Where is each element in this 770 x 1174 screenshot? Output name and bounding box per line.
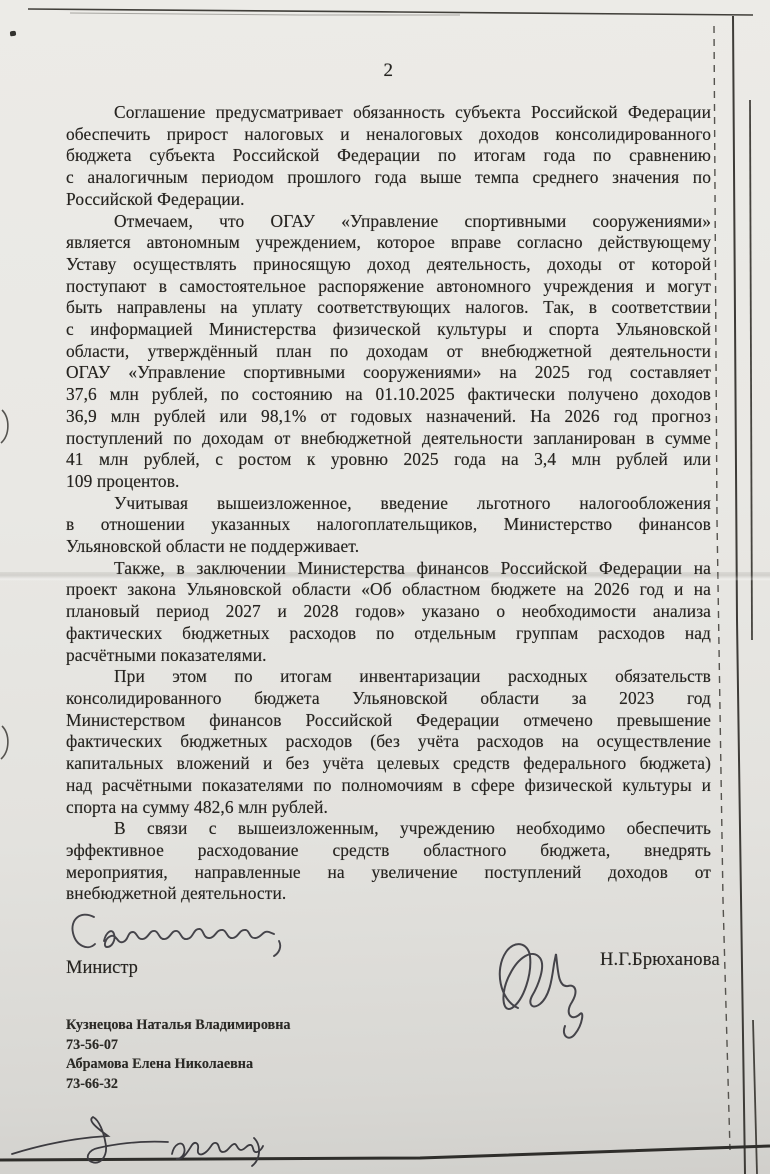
text-line: эффективное расходование средств областн… bbox=[66, 840, 711, 862]
text-line: Ульяновской области не поддерживает. bbox=[66, 536, 711, 558]
text-line: ОГАУ «Управление спортивными сооружениям… bbox=[66, 362, 711, 384]
text-line: При этом по итогам инвентаризации расход… bbox=[66, 666, 711, 688]
bottom-note-flourish-stroke bbox=[12, 1117, 168, 1163]
text-line: Отмечаем, что ОГАУ «Управление спортивны… bbox=[66, 211, 711, 233]
text-line: с информацией Министерства физической ку… bbox=[66, 319, 711, 341]
text-line: консолидированного бюджета Ульяновской о… bbox=[66, 688, 711, 710]
contact-line: Кузнецова Наталья Владимировна bbox=[66, 1016, 291, 1036]
text-line: В связи с вышеизложенным, учреждению нео… bbox=[66, 818, 711, 840]
signer-name: Н.Г.Брюханова bbox=[600, 950, 720, 971]
paragraph-6: В связи с вышеизложенным, учреждению нео… bbox=[66, 818, 711, 905]
text-line: плановый период 2027 и 2028 годов» указа… bbox=[66, 601, 711, 623]
paragraph-4: Также, в заключении Министерства финансо… bbox=[66, 558, 711, 667]
text-line: проект закона Ульяновской области «Об об… bbox=[66, 579, 711, 601]
page-top-edge-echo-line bbox=[70, 13, 460, 15]
background-top-strip bbox=[0, 0, 770, 11]
contact-line: 73-56-07 bbox=[66, 1036, 291, 1056]
text-line: с аналогичным периодом прошлого года выш… bbox=[66, 167, 711, 189]
text-line: Соглашение предусматривает обязанность с… bbox=[66, 102, 711, 124]
second-sheet-edge-line-lower bbox=[753, 1020, 757, 1174]
text-line: поступлений по доходам от внебюджетной д… bbox=[66, 428, 711, 450]
text-line: является автономным учреждением, которое… bbox=[66, 232, 711, 254]
text-line: обеспечить прирост налоговых и неналогов… bbox=[66, 124, 711, 146]
text-line: Уставу осуществлять приносящую доход дея… bbox=[66, 254, 711, 276]
minister-title: Министр bbox=[66, 958, 138, 979]
closing-word-stroke bbox=[104, 929, 274, 947]
scan-speck bbox=[10, 31, 17, 37]
text-line: области, утверждённый план по доходам от… bbox=[66, 341, 711, 363]
paragraph-3: Учитывая вышеизложенное, введение льготн… bbox=[66, 493, 711, 558]
text-line: фактических бюджетных расходов по отдель… bbox=[66, 623, 711, 645]
paragraph-2: Отмечаем, что ОГАУ «Управление спортивны… bbox=[66, 211, 711, 493]
minister-signature bbox=[480, 930, 605, 1045]
text-line: 109 процентов. bbox=[66, 471, 711, 493]
text-line: быть направлены на уплату соответствующи… bbox=[66, 297, 711, 319]
text-line: мероприятия, направленные на увеличение … bbox=[66, 862, 711, 884]
text-line: расчётными показателями. bbox=[66, 645, 711, 667]
bottom-handwritten-note bbox=[4, 1106, 266, 1172]
right-fold-dashed-line bbox=[714, 26, 730, 1150]
text-line: поступают в самостоятельное распоряжение… bbox=[66, 276, 711, 298]
text-line: спорта на сумму 482,6 млн рублей. bbox=[66, 797, 711, 819]
left-hole-punch-arc-bottom bbox=[1, 726, 8, 759]
text-line: 41 млн рублей, с ростом к уровню 2025 го… bbox=[66, 449, 711, 471]
closing-comma-stroke bbox=[274, 941, 280, 956]
text-line: 37,6 млн рублей, по состоянию на 01.10.2… bbox=[66, 384, 711, 406]
bottom-note-word-stroke bbox=[172, 1143, 263, 1159]
left-hole-punch-arc-top bbox=[1, 410, 8, 443]
text-line: Также, в заключении Министерства финансо… bbox=[66, 558, 711, 580]
closing-letter-c-stroke bbox=[72, 915, 95, 947]
page-number: 2 bbox=[66, 60, 711, 82]
text-line: бюджета субъекта Российской Федерации по… bbox=[66, 145, 711, 167]
paragraph-1: Соглашение предусматривает обязанность с… bbox=[66, 102, 711, 211]
text-line: капитальных вложений и без учёта целевых… bbox=[66, 753, 711, 775]
signature-stroke bbox=[500, 944, 583, 1038]
paragraph-5: При этом по итогам инвентаризации расход… bbox=[66, 666, 711, 818]
text-line: 36,9 млн рублей или 98,1% от годовых наз… bbox=[66, 406, 711, 428]
text-line: в отношении указанных налогоплательщиков… bbox=[66, 514, 711, 536]
handwritten-closing bbox=[66, 908, 296, 958]
text-line: Министерством финансов Российской Федера… bbox=[66, 710, 711, 732]
text-line: фактических бюджетных расходов (без учёт… bbox=[66, 731, 711, 753]
contact-block: Кузнецова Наталья Владимировна73-56-07Аб… bbox=[66, 1016, 291, 1094]
text-line: Российской Федерации. bbox=[66, 189, 711, 211]
text-line: Учитывая вышеизложенное, введение льготн… bbox=[66, 493, 711, 515]
document-body: Соглашение предусматривает обязанность с… bbox=[66, 102, 711, 905]
text-line: внебюджетной деятельности. bbox=[66, 883, 711, 905]
page-top-edge-line bbox=[28, 9, 753, 15]
page-right-edge-line bbox=[733, 16, 745, 1174]
second-sheet-edge-line-upper bbox=[750, 100, 752, 640]
contact-line: 73-66-32 bbox=[66, 1075, 291, 1095]
text-line: над расчётными показателями по полномочи… bbox=[66, 775, 711, 797]
scanned-letter-page: { "page_number": "2", "paragraphs": [ {"… bbox=[0, 0, 770, 1174]
right-margin-shade bbox=[733, 13, 770, 1174]
contact-line: Абрамова Елена Николаевна bbox=[66, 1055, 291, 1075]
